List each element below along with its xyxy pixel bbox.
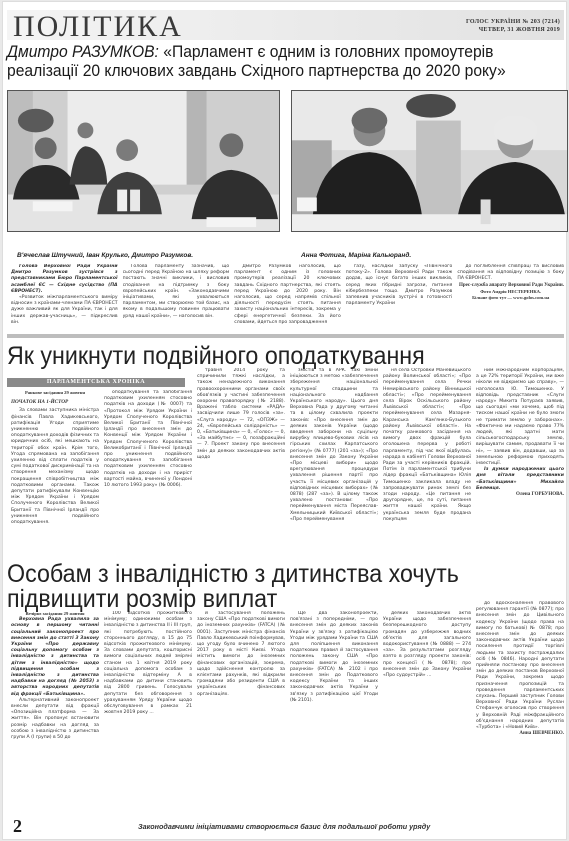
article3-paragraph: деяких законодавчих актів України щодо з… — [383, 611, 471, 679]
article1-body: Голова Верховної Ради України Дмитро Раз… — [11, 264, 564, 328]
photo-caption-2: Анна Фотига, Маріна Кальюранд. — [301, 252, 411, 259]
footer-slogan: Законодавчими ініціативами створюється б… — [138, 822, 430, 831]
article2-column: оподаткування та запобігання податковим … — [104, 390, 192, 550]
issue-date: ЧЕТВЕР, 31 ЖОВТНЯ 2019 — [466, 26, 560, 34]
newspaper-page: ПОЛІТИКА ГОЛОС УКРАЇНИ № 203 (7214) ЧЕТВ… — [2, 1, 567, 840]
author-signature: Анна ШЕВЧЕНКО. — [476, 731, 564, 737]
article1-lead: Голова Верховної Ради України Дмитро Раз… — [11, 264, 118, 295]
article1-column: Дмитро Разумков наголосив, що парламент … — [234, 264, 341, 328]
issue-number: ГОЛОС УКРАЇНИ № 203 (7214) — [466, 18, 560, 26]
article2-paragraph: ним міжнародним корпораціям, а це 72% те… — [476, 368, 564, 467]
article1-paragraph: Голова парламенту зазначив, що сьогодні … — [123, 264, 230, 320]
photo-meeting-men — [7, 90, 280, 232]
article3-headline-line1: Особам з інвалідністю з дитинства хочуть — [7, 562, 459, 587]
article3-headline-line2: підвищити розмір виплат — [7, 587, 459, 612]
article1-column: Голова парламенту зазначив, що сьогодні … — [123, 264, 230, 328]
session-label: Ранкове засідання 29 жовтня — [11, 390, 99, 396]
article3-column: деяких законодавчих актів України щодо з… — [383, 611, 471, 809]
section-title: ПОЛІТИКА — [13, 12, 183, 42]
article3-lead: Верховна Рада ухвалила за основу в першо… — [11, 617, 99, 698]
article3-paragraph: до вдосконалення правового регулювання г… — [476, 601, 564, 731]
article3-paragraph: Альтернативний законопроект внесли депут… — [11, 698, 99, 741]
photo-meeting-women — [291, 90, 568, 232]
article1-paragraph: газу, наслідки запуску «Північного поток… — [346, 264, 453, 307]
article2-column: ня села Островки Маневицького району Вол… — [383, 368, 471, 550]
article3-paragraph: Ще два законопроекти, пов'язані з попере… — [290, 611, 378, 704]
headline-speaker: Дмитро РАЗУМКОВ: — [7, 42, 159, 61]
masthead: ПОЛІТИКА ГОЛОС УКРАЇНИ № 203 (7214) ЧЕТВ… — [7, 10, 564, 40]
article3-body: Вечірнє засідання 29 жовтня Верховна Рад… — [11, 611, 564, 809]
article1-column: газу, наслідки запуску «Північного поток… — [346, 264, 453, 328]
article1-paragraph: Дмитро Разумков наголосив, що парламент … — [234, 264, 341, 326]
birthday-note: Із думки народжених цього дня вітали пре… — [476, 467, 564, 492]
article2-column: Ранкове засідання 29 жовтня ПОЧАТОК НА 1… — [11, 390, 99, 550]
article2-column: травня 2014 року та спричинили тяжкі нас… — [197, 368, 285, 550]
article2-paragraph: За словами заступника міністра фінансів … — [11, 408, 99, 526]
article3-column: й застосування положень закону США «Про … — [197, 611, 285, 809]
article3-column: 100 відсотків прожиткового мінімуму; оди… — [104, 611, 192, 809]
article3-headline: Особам з інвалідністю з дитинства хочуть… — [7, 562, 459, 612]
article1-paragraph: «Розвиток міжпарламентського виміру відн… — [11, 295, 118, 326]
issue-info: ГОЛОС УКРАЇНИ № 203 (7214) ЧЕТВЕР, 31 ЖО… — [466, 18, 560, 34]
article1-paragraph: до поглиблення співпраці та висловив спо… — [457, 264, 564, 283]
article2-paragraph: змістів та в АРК. Такі зміни ініціюються… — [290, 368, 378, 523]
article2-column: ним міжнародним корпораціям, а це 72% те… — [476, 368, 564, 550]
article3-paragraph: й застосування положень закону США «Про … — [197, 611, 285, 698]
section-divider — [7, 334, 564, 338]
article2-column: змістів та в АРК. Такі зміни ініціюються… — [290, 368, 378, 550]
article1-column: до поглиблення співпраці та висловив спо… — [457, 264, 564, 328]
article2-headline: Як уникнути подвійного оподаткування — [7, 343, 425, 370]
photo-image-icon — [8, 91, 279, 231]
photo-image-icon — [292, 91, 567, 231]
page-number: 2 — [13, 816, 22, 837]
rubric-label: ПАРЛАМЕНТСЬКА ХРОНІКА — [7, 378, 185, 387]
article2-body: Ранкове засідання 29 жовтня ПОЧАТОК НА 1… — [11, 390, 564, 550]
article2-subhead: ПОЧАТОК НА 1-ЙСТОР — [11, 399, 99, 405]
article2-paragraph: травня 2014 року та спричинили тяжкі нас… — [197, 368, 285, 461]
press-service-credit: Прес-служба апарату Верховної Ради Украї… — [457, 283, 564, 289]
author-signature: Олена ГОРБУНОВА. — [476, 492, 564, 498]
article3-column: Ще два законопроекти, пов'язані з попере… — [290, 611, 378, 809]
article3-paragraph: 100 відсотків прожиткового мінімуму; оди… — [104, 611, 192, 716]
article2-paragraph: ня села Островки Маневицького району Вол… — [383, 368, 471, 523]
article2-paragraph: оподаткування та запобігання податковим … — [104, 390, 192, 489]
article3-column: до вдосконалення правового регулювання г… — [476, 601, 564, 809]
photo-caption-1: В'ячеслав Штучний, Іван Крулько, Дмитро … — [17, 252, 193, 259]
more-photos-link[interactable]: Більше фото тут — www.golos.com.ua — [457, 295, 564, 301]
article1-column: Голова Верховної Ради України Дмитро Раз… — [11, 264, 118, 328]
article3-column: Вечірнє засідання 29 жовтня Верховна Рад… — [11, 611, 99, 809]
lead-headline: Дмитро РАЗУМКОВ: «Парламент є одним із г… — [7, 42, 568, 80]
